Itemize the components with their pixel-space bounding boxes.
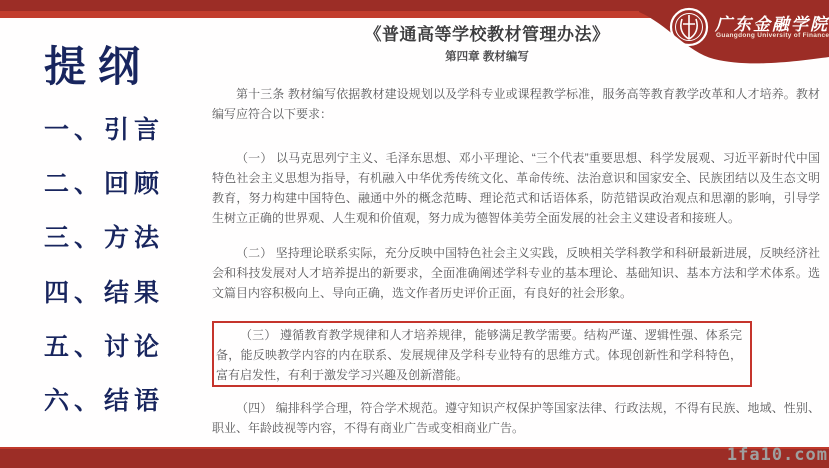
paragraph-item4: （四） 编排科学合理，符合学术规范。遵守知识产权保护等国家法律、行政法规，不得有… [212,398,820,438]
paragraph-item2: （二） 坚持理论联系实际，充分反映中国特色社会主义实践，反映相关学科教学和科研最… [212,243,820,303]
document-title: 《普通高等学校教材管理办法》 [212,20,762,45]
bottom-bar [0,447,829,468]
outline-heading: 提纲 [44,34,152,94]
outline-item-discussion: 五、讨论 [44,327,164,363]
chapter-subtitle: 第四章 教材编写 [212,48,762,64]
highlight-box: （三） 遵循教育教学规律和人才培养规律，能够满足教学需要。结构严谨、逻辑性强、体… [212,321,752,387]
outline-item-review: 二、回顾 [44,164,164,200]
watermark: 1fa10.com [727,445,828,465]
outline-item-introduction: 一、引言 [44,110,164,146]
paragraph-item3-highlighted: （三） 遵循教育教学规律和人才培养规律，能够满足教学需要。结构严谨、逻辑性强、体… [216,325,742,385]
slide: 广东金融学院 Guangdong University of Finance 提… [0,0,829,468]
paragraph-item1: （一） 以马克思列宁主义、毛泽东思想、邓小平理论、“三个代表”重要思想、科学发展… [212,148,820,228]
outline-item-results: 四、结果 [44,273,164,309]
outline-item-methods: 三、方法 [44,218,164,254]
outline-item-conclusion: 六、结语 [44,381,164,417]
paragraph-article13: 第十三条 教材编写依据教材建设规划以及学科专业或课程教学标准，服务高等教育教学改… [212,84,820,124]
